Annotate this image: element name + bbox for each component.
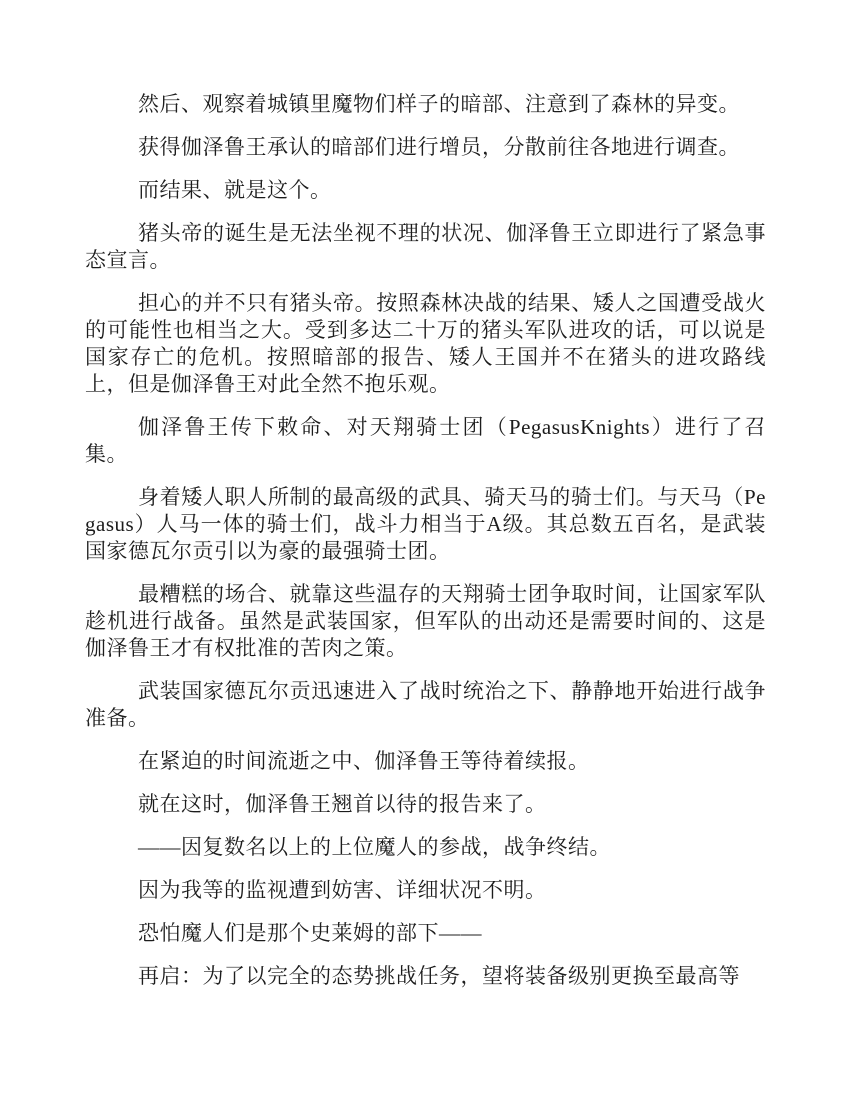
paragraph: 猪头帝的诞生是无法坐视不理的状况、伽泽鲁王立即进行了紧急事态宣言。 [85, 220, 766, 274]
paragraph: 伽泽鲁王传下敕命、对天翔骑士团（PegasusKnights）进行了召集。 [85, 414, 766, 468]
paragraph: 而结果、就是这个。 [85, 177, 766, 204]
paragraph: 在紧迫的时间流逝之中、伽泽鲁王等待着续报。 [85, 748, 766, 775]
paragraph: 再启：为了以完全的态势挑战任务，望将装备级别更换至最高等 [85, 963, 766, 990]
paragraph: 担心的并不只有猪头帝。按照森林决战的结果、矮人之国遭受战火的可能性也相当之大。受… [85, 290, 766, 398]
paragraph: 武装国家德瓦尔贡迅速进入了战时统治之下、静静地开始进行战争准备。 [85, 678, 766, 732]
paragraph: 最糟糕的场合、就靠这些温存的天翔骑士团争取时间，让国家军队趁机进行战备。虽然是武… [85, 581, 766, 662]
paragraph: 恐怕魔人们是那个史莱姆的部下—— [85, 920, 766, 947]
paragraph: 获得伽泽鲁王承认的暗部们进行增员，分散前往各地进行调查。 [85, 134, 766, 161]
paragraph: 身着矮人职人所制的最高级的武具、骑天马的骑士们。与天马（Pegasus）人马一体… [85, 484, 766, 565]
paragraph: 就在这时，伽泽鲁王翘首以待的报告来了。 [85, 791, 766, 818]
paragraph: 然后、观察着城镇里魔物们样子的暗部、注意到了森林的异变。 [85, 91, 766, 118]
paragraph: ——因复数名以上的上位魔人的参战，战争终结。 [85, 834, 766, 861]
document-page: 然后、观察着城镇里魔物们样子的暗部、注意到了森林的异变。 获得伽泽鲁王承认的暗部… [0, 0, 850, 1100]
paragraph: 因为我等的监视遭到妨害、详细状况不明。 [85, 877, 766, 904]
